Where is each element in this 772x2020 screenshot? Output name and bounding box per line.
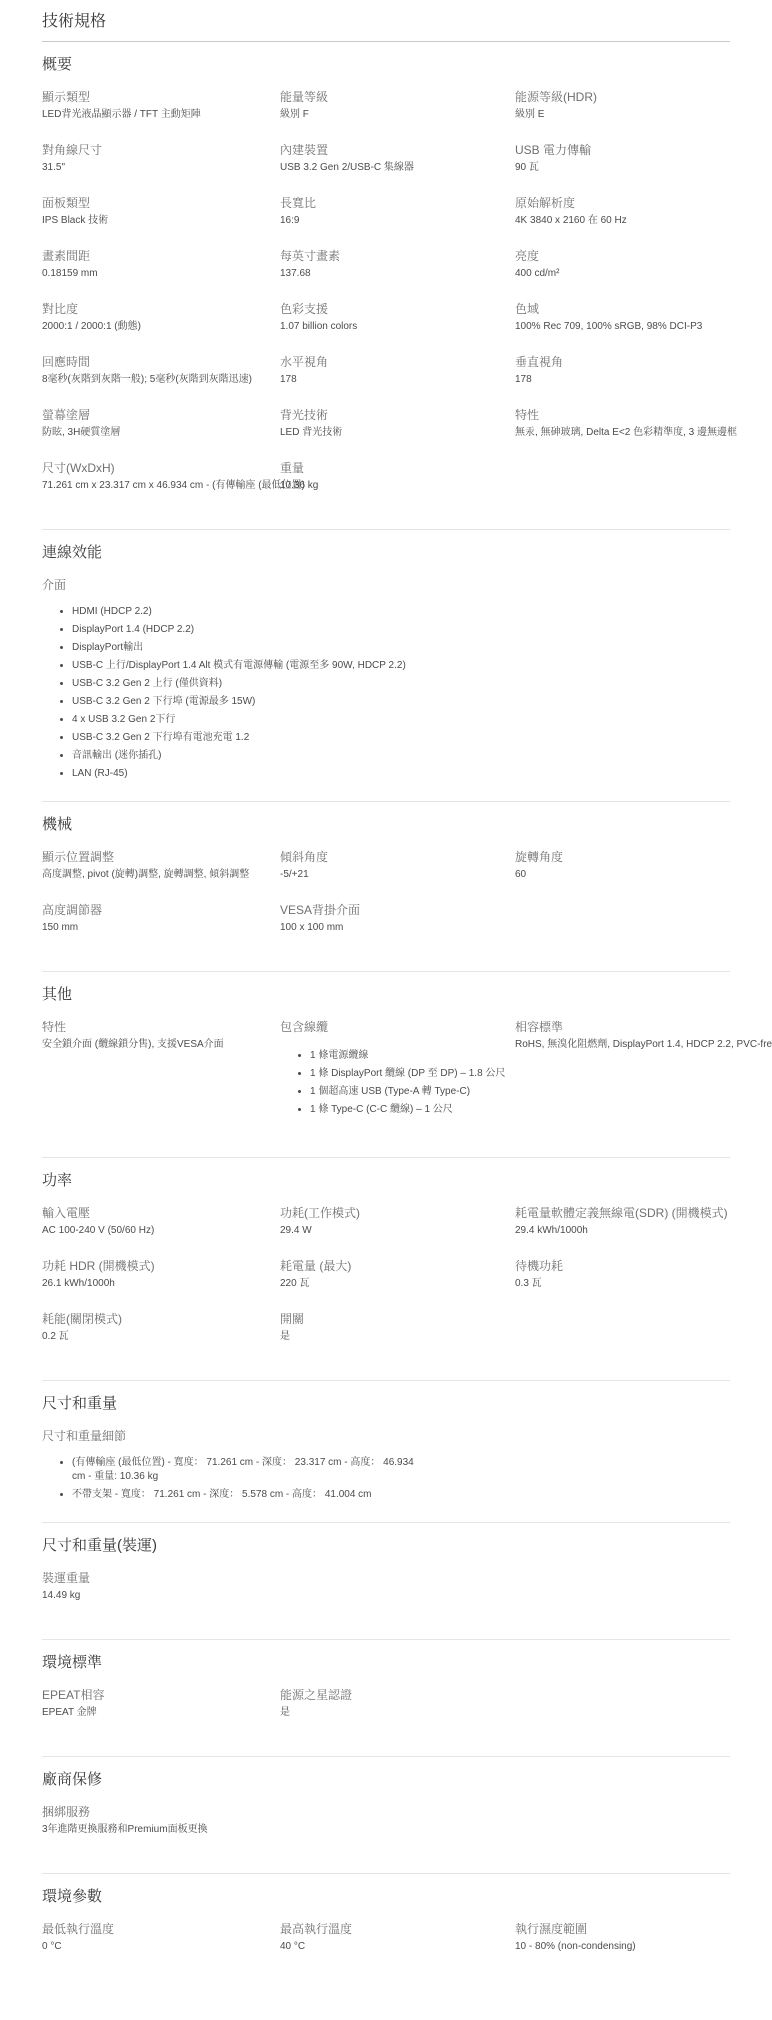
section-heading-mechanical: 機械 bbox=[42, 815, 730, 835]
spec-label: 待機功耗 bbox=[515, 1258, 730, 1274]
section-heading-overview: 概要 bbox=[42, 55, 730, 75]
section-mechanical: 機械 顯示位置調整高度調整, pivot (旋轉)調整, 旋轉調整, 傾斜調整 … bbox=[42, 802, 730, 971]
spec-item: 開關是 bbox=[280, 1311, 515, 1344]
list-item: USB-C 3.2 Gen 2 下行埠 (電源最多 15W) bbox=[72, 695, 462, 709]
spec-value: 137.68 bbox=[280, 267, 515, 281]
list-item: (有傳輸座 (最低位置) - 寬度： 71.261 cm - 深度： 23.31… bbox=[72, 1456, 417, 1484]
spec-item: 最低執行溫度0 °C bbox=[42, 1921, 280, 1954]
dimensions-subheading: 尺寸和重量細節 bbox=[42, 1428, 730, 1444]
spec-value: 1.07 billion colors bbox=[280, 320, 515, 334]
spec-item: 執行濕度範圍10 - 80% (non-condensing) bbox=[515, 1921, 730, 1954]
spec-item: 每英寸畫素137.68 bbox=[280, 248, 515, 281]
spec-value: 0.3 瓦 bbox=[515, 1277, 730, 1291]
spec-value: 0 °C bbox=[42, 1940, 280, 1954]
spec-value: 3年進階更換服務和Premium面板更換 bbox=[42, 1823, 280, 1837]
spec-label: 色彩支援 bbox=[280, 301, 515, 317]
spec-label: 能源之星認證 bbox=[280, 1687, 515, 1703]
spec-item: 垂直視角178 bbox=[515, 354, 737, 387]
spec-label: 最低執行溫度 bbox=[42, 1921, 280, 1937]
env-params-grid: 最低執行溫度0 °C 最高執行溫度40 °C 執行濕度範圍10 - 80% (n… bbox=[42, 1921, 730, 1974]
spec-value: 級別 F bbox=[280, 108, 515, 122]
spec-value: LED背光液晶顯示器 / TFT 主動矩陣 bbox=[42, 108, 280, 122]
spec-item: 能量等級級別 F bbox=[280, 89, 515, 122]
spec-item: USB 電力傳輸90 瓦 bbox=[515, 142, 737, 175]
spec-item: 回應時間8毫秒(灰階到灰階一般); 5毫秒(灰階到灰階迅速) bbox=[42, 354, 280, 387]
spec-value: 0.18159 mm bbox=[42, 267, 280, 281]
spec-item: 最高執行溫度40 °C bbox=[280, 1921, 515, 1954]
list-item: 音訊輸出 (迷你插孔) bbox=[72, 749, 462, 763]
spec-value: 安全鎖介面 (纜線鎖分售), 支援VESA介面 bbox=[42, 1038, 280, 1052]
spec-item: 能源之星認證是 bbox=[280, 1687, 515, 1720]
section-heading-shipping: 尺寸和重量(裝運) bbox=[42, 1536, 730, 1556]
list-item: DisplayPort 1.4 (HDCP 2.2) bbox=[72, 623, 462, 637]
connectivity-subheading: 介面 bbox=[42, 577, 730, 593]
spec-label: 每英寸畫素 bbox=[280, 248, 515, 264]
spec-label: 重量 bbox=[280, 460, 515, 476]
spec-item: 對比度2000:1 / 2000:1 (動態) bbox=[42, 301, 280, 334]
spec-value: -5/+21 bbox=[280, 868, 515, 882]
spec-value: 是 bbox=[280, 1330, 515, 1344]
spec-label: 色域 bbox=[515, 301, 737, 317]
spec-value: 60 bbox=[515, 868, 730, 882]
spec-label: 功耗(工作模式) bbox=[280, 1205, 515, 1221]
spec-label: USB 電力傳輸 bbox=[515, 142, 737, 158]
section-warranty: 廠商保修 捆綁服務3年進階更換服務和Premium面板更換 bbox=[42, 1757, 730, 1873]
spec-item: 捆綁服務3年進階更換服務和Premium面板更換 bbox=[42, 1804, 280, 1837]
cables-list: 1 條電源纜線 1 條 DisplayPort 纜線 (DP 至 DP) – 1… bbox=[280, 1049, 515, 1117]
spec-item: 畫素間距0.18159 mm bbox=[42, 248, 280, 281]
list-item: USB-C 3.2 Gen 2 下行埠有電池充電 1.2 bbox=[72, 731, 462, 745]
spec-item: 長寬比16:9 bbox=[280, 195, 515, 228]
spec-label: 輸入電壓 bbox=[42, 1205, 280, 1221]
spec-value: 26.1 kWh/1000h bbox=[42, 1277, 280, 1291]
section-overview: 概要 顯示類型LED背光液晶顯示器 / TFT 主動矩陣 能量等級級別 F 能源… bbox=[42, 42, 730, 529]
spec-item: 特性無汞, 無砷玻璃, Delta E<2 色彩精準度, 3 邊無邊框 bbox=[515, 407, 737, 440]
spec-value: 14.49 kg bbox=[42, 1589, 280, 1603]
spec-value: 31.5" bbox=[42, 161, 280, 175]
spec-value: 10.36 kg bbox=[280, 479, 515, 493]
spec-value: 178 bbox=[515, 373, 737, 387]
page-title: 技術規格 bbox=[42, 12, 730, 32]
spec-label: 耗電量軟體定義無線電(SDR) (開機模式) bbox=[515, 1205, 730, 1221]
section-env-params: 環境參數 最低執行溫度0 °C 最高執行溫度40 °C 執行濕度範圍10 - 8… bbox=[42, 1874, 730, 1990]
section-other: 其他 特性 安全鎖介面 (纜線鎖分售), 支援VESA介面 包含線纜 1 條電源… bbox=[42, 972, 730, 1157]
section-heading-env-standards: 環境標準 bbox=[42, 1653, 730, 1673]
spec-item: 重量10.36 kg bbox=[280, 460, 515, 493]
dimensions-list: (有傳輸座 (最低位置) - 寬度： 71.261 cm - 深度： 23.31… bbox=[42, 1456, 417, 1502]
spec-value: 220 瓦 bbox=[280, 1277, 515, 1291]
section-heading-other: 其他 bbox=[42, 985, 730, 1005]
spec-value: 16:9 bbox=[280, 214, 515, 228]
spec-value: 防眩, 3H硬質塗層 bbox=[42, 426, 280, 440]
spec-label: 捆綁服務 bbox=[42, 1804, 280, 1820]
spec-item: 內建裝置USB 3.2 Gen 2/USB-C 集線器 bbox=[280, 142, 515, 175]
spec-label: 螢幕塗層 bbox=[42, 407, 280, 423]
spec-item: 螢幕塗層防眩, 3H硬質塗層 bbox=[42, 407, 280, 440]
spec-item: 相容標準 RoHS, 無溴化阻燃劑, DisplayPort 1.4, HDCP… bbox=[515, 1019, 772, 1121]
list-item: USB-C 3.2 Gen 2 上行 (僅供資料) bbox=[72, 677, 462, 691]
spec-label: 高度調節器 bbox=[42, 902, 280, 918]
spec-item: 能源等級(HDR)級別 E bbox=[515, 89, 737, 122]
spec-label: 特性 bbox=[515, 407, 737, 423]
spec-value: 400 cd/m² bbox=[515, 267, 737, 281]
spec-item: 面板類型IPS Black 技術 bbox=[42, 195, 280, 228]
spec-value: 90 瓦 bbox=[515, 161, 737, 175]
spec-value: AC 100-240 V (50/60 Hz) bbox=[42, 1224, 280, 1238]
spec-value: 40 °C bbox=[280, 1940, 515, 1954]
spec-label: 執行濕度範圍 bbox=[515, 1921, 730, 1937]
spec-item: 亮度400 cd/m² bbox=[515, 248, 737, 281]
list-item: LAN (RJ-45) bbox=[72, 767, 462, 781]
spec-label: 顯示位置調整 bbox=[42, 849, 280, 865]
section-heading-dimensions: 尺寸和重量 bbox=[42, 1394, 730, 1414]
list-item: 1 條電源纜線 bbox=[310, 1049, 515, 1063]
spec-label: 傾斜角度 bbox=[280, 849, 515, 865]
spec-label: 相容標準 bbox=[515, 1019, 772, 1035]
spec-value: RoHS, 無溴化阻燃劑, DisplayPort 1.4, HDCP 2.2,… bbox=[515, 1038, 772, 1052]
spec-value: 是 bbox=[280, 1706, 515, 1720]
spec-item: 耗電量軟體定義無線電(SDR) (開機模式)29.4 kWh/1000h bbox=[515, 1205, 730, 1238]
spec-item: 功耗 HDR (開機模式)26.1 kWh/1000h bbox=[42, 1258, 280, 1291]
spec-value: 8毫秒(灰階到灰階一般); 5毫秒(灰階到灰階迅速) bbox=[42, 373, 280, 387]
spec-label: 耗電量 (最大) bbox=[280, 1258, 515, 1274]
spec-label: 特性 bbox=[42, 1019, 280, 1035]
spec-item: 原始解析度4K 3840 x 2160 在 60 Hz bbox=[515, 195, 737, 228]
spec-item: 高度調節器150 mm bbox=[42, 902, 280, 935]
list-item: USB-C 上行/DisplayPort 1.4 Alt 模式有電源傳輸 (電源… bbox=[72, 659, 462, 673]
overview-grid: 顯示類型LED背光液晶顯示器 / TFT 主動矩陣 能量等級級別 F 能源等級(… bbox=[42, 89, 730, 513]
spec-item: VESA背掛介面100 x 100 mm bbox=[280, 902, 515, 935]
section-heading-env-params: 環境參數 bbox=[42, 1887, 730, 1907]
spec-label: 耗能(關閉模式) bbox=[42, 1311, 280, 1327]
spec-label: 功耗 HDR (開機模式) bbox=[42, 1258, 280, 1274]
spec-item: 耗電量 (最大)220 瓦 bbox=[280, 1258, 515, 1291]
spec-value: EPEAT 金牌 bbox=[42, 1706, 280, 1720]
spec-label: 垂直視角 bbox=[515, 354, 737, 370]
spec-label: 水平視角 bbox=[280, 354, 515, 370]
spec-value: 150 mm bbox=[42, 921, 280, 935]
spec-item: 對角線尺寸31.5" bbox=[42, 142, 280, 175]
spec-value: 10 - 80% (non-condensing) bbox=[515, 1940, 730, 1954]
spec-value: 100% Rec 709, 100% sRGB, 98% DCI-P3 bbox=[515, 320, 737, 334]
list-item: DisplayPort輸出 bbox=[72, 641, 462, 655]
spec-label: 原始解析度 bbox=[515, 195, 737, 211]
spec-item: 耗能(關閉模式)0.2 瓦 bbox=[42, 1311, 280, 1344]
spec-item: 待機功耗0.3 瓦 bbox=[515, 1258, 730, 1291]
spec-label: 能源等級(HDR) bbox=[515, 89, 737, 105]
env-standards-grid: EPEAT相容EPEAT 金牌 能源之星認證是 bbox=[42, 1687, 730, 1740]
list-item: 1 條 DisplayPort 纜線 (DP 至 DP) – 1.8 公尺 bbox=[310, 1067, 515, 1081]
spec-item: 水平視角178 bbox=[280, 354, 515, 387]
spec-value: 2000:1 / 2000:1 (動態) bbox=[42, 320, 280, 334]
spec-label: 回應時間 bbox=[42, 354, 280, 370]
spec-label: 開關 bbox=[280, 1311, 515, 1327]
section-heading-connectivity: 連線效能 bbox=[42, 543, 730, 563]
spec-label: 長寬比 bbox=[280, 195, 515, 211]
spec-item: 顯示位置調整高度調整, pivot (旋轉)調整, 旋轉調整, 傾斜調整 bbox=[42, 849, 280, 882]
spec-item: 色彩支援1.07 billion colors bbox=[280, 301, 515, 334]
list-item: HDMI (HDCP 2.2) bbox=[72, 605, 462, 619]
section-power: 功率 輸入電壓AC 100-240 V (50/60 Hz) 功耗(工作模式)2… bbox=[42, 1158, 730, 1380]
list-item: 1 條 Type-C (C-C 纜線) – 1 公尺 bbox=[310, 1103, 515, 1117]
shipping-grid: 裝運重量14.49 kg bbox=[42, 1570, 730, 1623]
spec-label: 顯示類型 bbox=[42, 89, 280, 105]
spec-value: USB 3.2 Gen 2/USB-C 集線器 bbox=[280, 161, 515, 175]
spec-label: 對比度 bbox=[42, 301, 280, 317]
spec-label: 尺寸(WxDxH) bbox=[42, 460, 280, 476]
spec-item: 顯示類型LED背光液晶顯示器 / TFT 主動矩陣 bbox=[42, 89, 280, 122]
spec-item: 輸入電壓AC 100-240 V (50/60 Hz) bbox=[42, 1205, 280, 1238]
spec-value: LED 背光技術 bbox=[280, 426, 515, 440]
mechanical-grid: 顯示位置調整高度調整, pivot (旋轉)調整, 旋轉調整, 傾斜調整 傾斜角… bbox=[42, 849, 730, 955]
other-grid: 特性 安全鎖介面 (纜線鎖分售), 支援VESA介面 包含線纜 1 條電源纜線 … bbox=[42, 1019, 730, 1141]
warranty-grid: 捆綁服務3年進階更換服務和Premium面板更換 bbox=[42, 1804, 730, 1857]
spec-label: 內建裝置 bbox=[280, 142, 515, 158]
spec-item: 裝運重量14.49 kg bbox=[42, 1570, 280, 1603]
spec-value: 高度調整, pivot (旋轉)調整, 旋轉調整, 傾斜調整 bbox=[42, 868, 280, 882]
spec-item: 尺寸(WxDxH)71.261 cm x 23.317 cm x 46.934 … bbox=[42, 460, 280, 493]
spec-value: 級別 E bbox=[515, 108, 737, 122]
spec-label: 最高執行溫度 bbox=[280, 1921, 515, 1937]
spec-item-cables: 包含線纜 1 條電源纜線 1 條 DisplayPort 纜線 (DP 至 DP… bbox=[280, 1019, 515, 1121]
list-item: 1 個超高速 USB (Type-A 轉 Type-C) bbox=[310, 1085, 515, 1099]
power-grid: 輸入電壓AC 100-240 V (50/60 Hz) 功耗(工作模式)29.4… bbox=[42, 1205, 730, 1364]
spec-item: EPEAT相容EPEAT 金牌 bbox=[42, 1687, 280, 1720]
spec-label: 包含線纜 bbox=[280, 1019, 515, 1035]
spec-label: 背光技術 bbox=[280, 407, 515, 423]
spec-value: 無汞, 無砷玻璃, Delta E<2 色彩精準度, 3 邊無邊框 bbox=[515, 426, 737, 440]
spec-item: 特性 安全鎖介面 (纜線鎖分售), 支援VESA介面 bbox=[42, 1019, 280, 1121]
section-heading-warranty: 廠商保修 bbox=[42, 1770, 730, 1790]
list-item: 不帶支架 - 寬度： 71.261 cm - 深度： 5.578 cm - 高度… bbox=[72, 1488, 417, 1502]
section-dimensions: 尺寸和重量 尺寸和重量細節 (有傳輸座 (最低位置) - 寬度： 71.261 … bbox=[42, 1381, 730, 1522]
spec-label: EPEAT相容 bbox=[42, 1687, 280, 1703]
spec-item: 背光技術LED 背光技術 bbox=[280, 407, 515, 440]
spec-value: 71.261 cm x 23.317 cm x 46.934 cm - (有傳輸… bbox=[42, 479, 280, 493]
spec-label: 畫素間距 bbox=[42, 248, 280, 264]
spec-value: 29.4 kWh/1000h bbox=[515, 1224, 730, 1238]
spec-label: 對角線尺寸 bbox=[42, 142, 280, 158]
spec-label: 旋轉角度 bbox=[515, 849, 730, 865]
spec-value: 178 bbox=[280, 373, 515, 387]
spec-label: 亮度 bbox=[515, 248, 737, 264]
spec-label: 裝運重量 bbox=[42, 1570, 280, 1586]
spec-value: 4K 3840 x 2160 在 60 Hz bbox=[515, 214, 737, 228]
section-heading-power: 功率 bbox=[42, 1171, 730, 1191]
spec-value: 29.4 W bbox=[280, 1224, 515, 1238]
spec-item: 傾斜角度-5/+21 bbox=[280, 849, 515, 882]
spec-label: VESA背掛介面 bbox=[280, 902, 515, 918]
spec-label: 能量等級 bbox=[280, 89, 515, 105]
section-shipping: 尺寸和重量(裝運) 裝運重量14.49 kg bbox=[42, 1523, 730, 1639]
spec-value: 0.2 瓦 bbox=[42, 1330, 280, 1344]
spec-item: 功耗(工作模式)29.4 W bbox=[280, 1205, 515, 1238]
section-connectivity: 連線效能 介面 HDMI (HDCP 2.2) DisplayPort 1.4 … bbox=[42, 530, 730, 801]
spec-value: 100 x 100 mm bbox=[280, 921, 515, 935]
list-item: 4 x USB 3.2 Gen 2下行 bbox=[72, 713, 462, 727]
spec-item: 旋轉角度60 bbox=[515, 849, 730, 882]
interface-list: HDMI (HDCP 2.2) DisplayPort 1.4 (HDCP 2.… bbox=[42, 605, 462, 781]
spec-item: 色域100% Rec 709, 100% sRGB, 98% DCI-P3 bbox=[515, 301, 737, 334]
spec-value: IPS Black 技術 bbox=[42, 214, 280, 228]
spec-label: 面板類型 bbox=[42, 195, 280, 211]
section-env-standards: 環境標準 EPEAT相容EPEAT 金牌 能源之星認證是 bbox=[42, 1640, 730, 1756]
